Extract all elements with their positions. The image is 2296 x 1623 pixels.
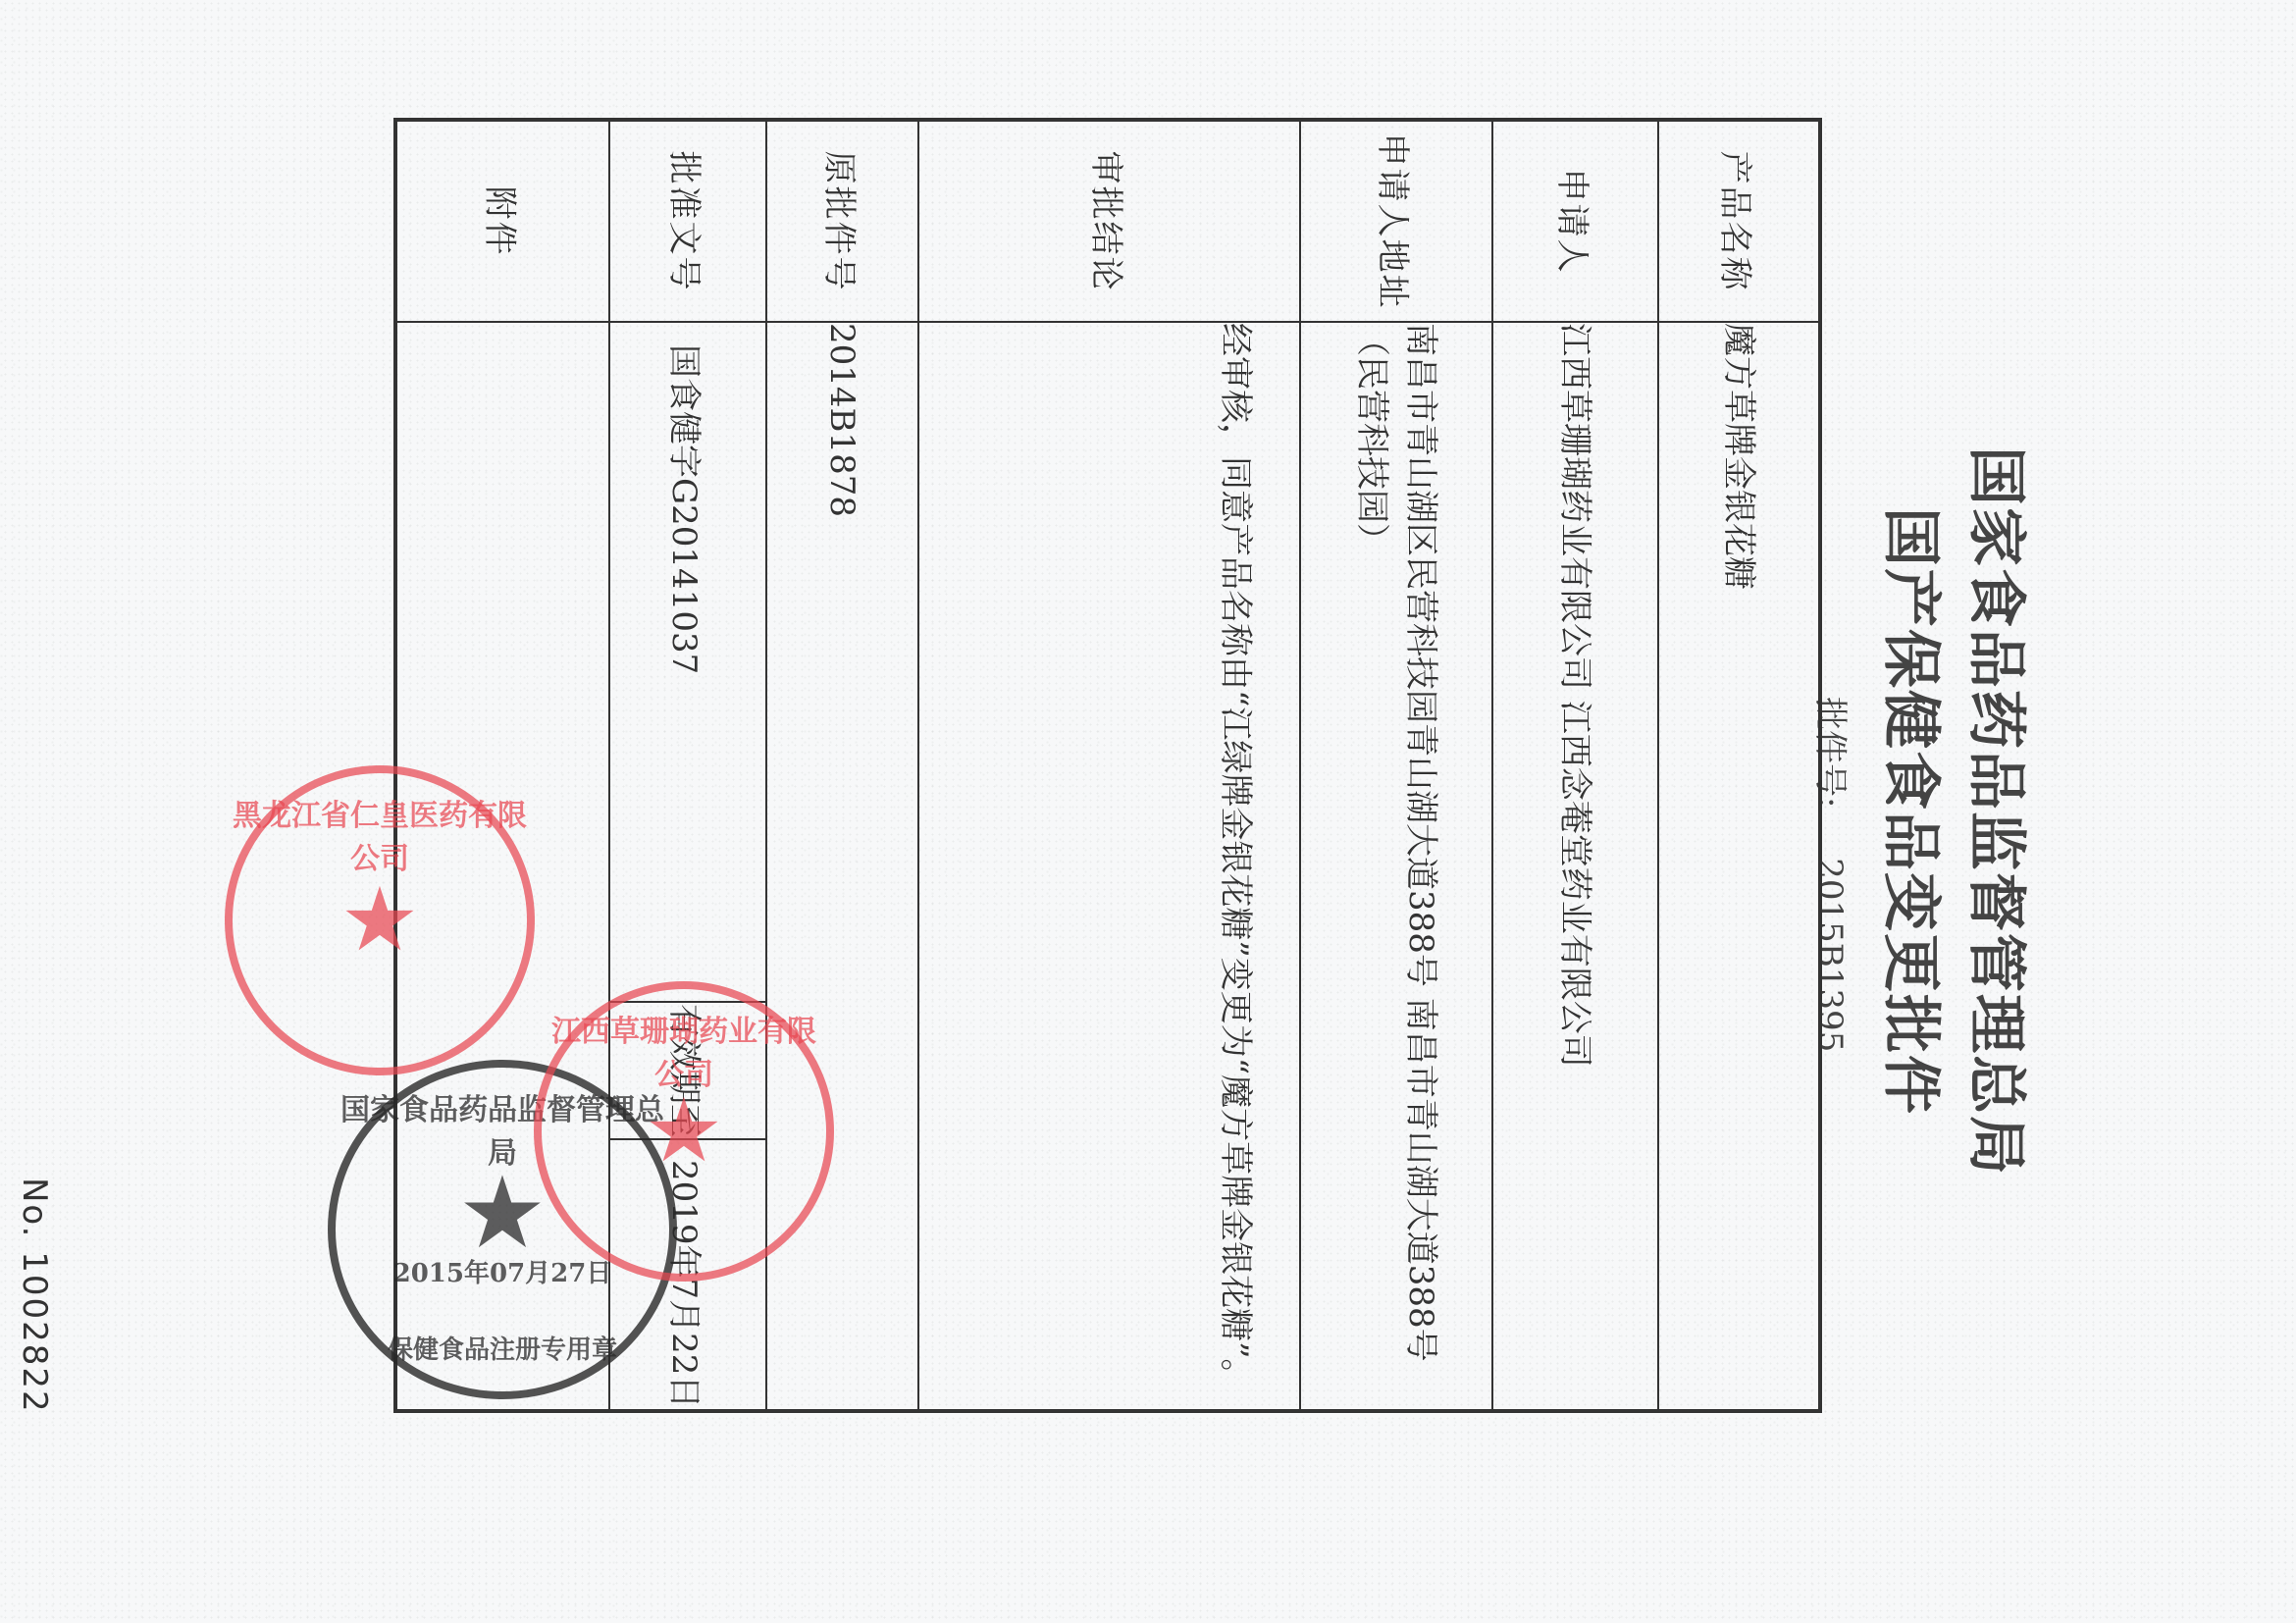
table-row-conclusion: 审批结论 经审核，同意产品名称由“江绿牌金银花糖”变更为“魔方草牌金银花糖”。 <box>918 120 1300 1411</box>
value-applicant-address: 南昌市青山湖区民营科技园青山湖大道388号 南昌市青山湖大道388号（民营科技园… <box>1300 322 1492 1411</box>
table-row-applicant-address: 申请人地址 南昌市青山湖区民营科技园青山湖大道388号 南昌市青山湖大道388号… <box>1300 120 1492 1411</box>
label-valid-until: 有效期至 <box>610 1003 765 1140</box>
approval-document-page: 国家食品药品监督管理总局 国产保健食品变更批件 批件号: 2015B1395 产… <box>0 0 2296 1623</box>
table-row-applicant: 申请人 江西草珊瑚药业有限公司 江西念菴堂药业有限公司 <box>1492 120 1658 1411</box>
value-valid-until: 2019年7月22日 <box>610 1140 765 1409</box>
label-applicant-address: 申请人地址 <box>1300 120 1492 322</box>
label-approval-number: 批准文号 <box>609 120 766 322</box>
value-approval-number: 国食健字G20141037 <box>610 323 765 1003</box>
value-product-name: 魔方草牌金银花糖 <box>1658 322 1820 1411</box>
label-original-approval-no: 原批件号 <box>766 120 918 322</box>
table-row-product-name: 产品名称 魔方草牌金银花糖 <box>1658 120 1820 1411</box>
value-applicant: 江西草珊瑚药业有限公司 江西念菴堂药业有限公司 <box>1492 322 1658 1411</box>
approval-form-table: 产品名称 魔方草牌金银花糖 申请人 江西草珊瑚药业有限公司 江西念菴堂药业有限公… <box>393 118 1822 1413</box>
approval-number-cell: 国食健字G20141037 有效期至 2019年7月22日 <box>609 322 766 1411</box>
label-attachment: 附件 <box>395 120 609 322</box>
issuing-authority-title: 国家食品药品监督管理总局 <box>1958 0 2043 1623</box>
table-row-original-approval-no: 原批件号 2014B1878 <box>766 120 918 1411</box>
serial-number: No. 1002822 <box>15 1178 54 1414</box>
document-title: 国产保健食品变更批件 <box>1873 0 1957 1623</box>
table-row-approval-number: 批准文号 国食健字G20141037 有效期至 2019年7月22日 <box>609 120 766 1411</box>
table-row-attachment: 附件 <box>395 120 609 1411</box>
label-applicant: 申请人 <box>1492 120 1658 322</box>
value-conclusion: 经审核，同意产品名称由“江绿牌金银花糖”变更为“魔方草牌金银花糖”。 <box>918 322 1300 1411</box>
label-product-name: 产品名称 <box>1658 120 1820 322</box>
value-original-approval-no: 2014B1878 <box>766 322 918 1411</box>
label-conclusion: 审批结论 <box>918 120 1300 322</box>
value-attachment <box>395 322 609 1411</box>
